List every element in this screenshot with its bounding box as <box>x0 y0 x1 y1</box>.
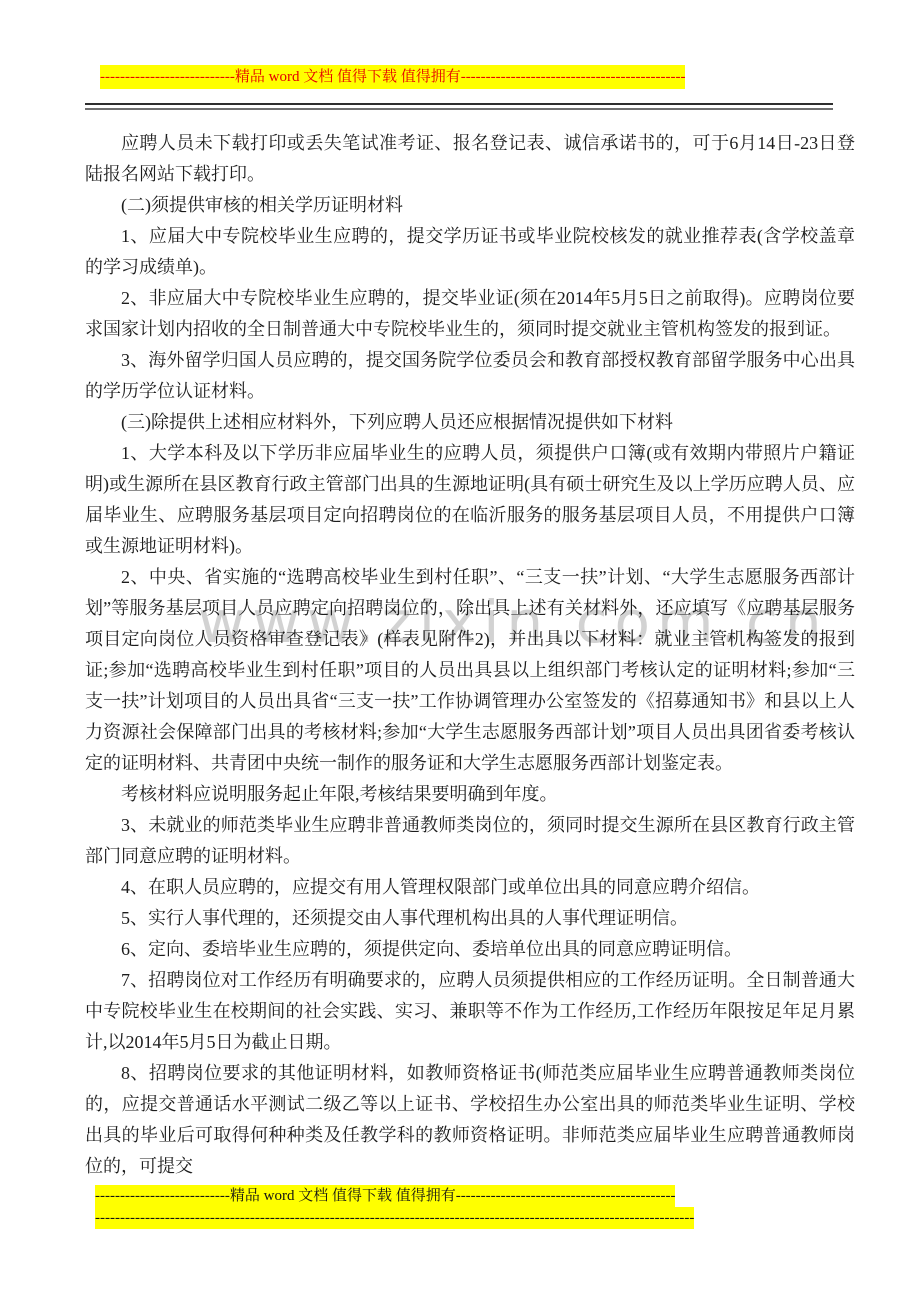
paragraph: 1、应届大中专院校毕业生应聘的，提交学历证书或毕业院校核发的就业推荐表(含学校盖… <box>85 221 855 283</box>
paragraph: 考核材料应说明服务起止年限,考核结果要明确到年度。 <box>85 779 855 810</box>
paragraph: 应聘人员未下载打印或丢失笔试准考证、报名登记表、诚信承诺书的，可于6月14日-2… <box>85 128 855 190</box>
footer-banner-line1: ---------------------------精品 word 文档 值得… <box>95 1185 675 1207</box>
footer-highlight-banner: ---------------------------精品 word 文档 值得… <box>95 1185 694 1229</box>
paragraph: 7、招聘岗位对工作经历有明确要求的，应聘人员须提供相应的工作经历证明。全日制普通… <box>85 965 855 1058</box>
document-page: ---------------------------精品 word 文档 值得… <box>0 0 920 1302</box>
footer-banner-line2: ----------------------------------------… <box>95 1207 694 1229</box>
paragraph: (三)除提供上述相应材料外，下列应聘人员还应根据情况提供如下材料 <box>85 407 855 438</box>
paragraph: 8、招聘岗位要求的其他证明材料，如教师资格证书(师范类应届毕业生应聘普通教师类岗… <box>85 1058 855 1182</box>
paragraph: 6、定向、委培毕业生应聘的，须提供定向、委培单位出具的同意应聘证明信。 <box>85 934 855 965</box>
paragraph: 4、在职人员应聘的，应提交有用人管理权限部门或单位出具的同意应聘介绍信。 <box>85 872 855 903</box>
document-body: 应聘人员未下载打印或丢失笔试准考证、报名登记表、诚信承诺书的，可于6月14日-2… <box>85 128 855 1182</box>
header-highlight-banner: ---------------------------精品 word 文档 值得… <box>100 65 685 89</box>
header-divider-rule <box>85 103 833 110</box>
paragraph: 5、实行人事代理的，还须提交由人事代理机构出具的人事代理证明信。 <box>85 903 855 934</box>
paragraph: (二)须提供审核的相关学历证明材料 <box>85 190 855 221</box>
paragraph: 3、未就业的师范类毕业生应聘非普通教师类岗位的，须同时提交生源所在县区教育行政主… <box>85 810 855 872</box>
paragraph: 2、非应届大中专院校毕业生应聘的，提交毕业证(须在2014年5月5日之前取得)。… <box>85 283 855 345</box>
paragraph: 3、海外留学归国人员应聘的，提交国务院学位委员会和教育部授权教育部留学服务中心出… <box>85 345 855 407</box>
paragraph: 2、中央、省实施的“选聘高校毕业生到村任职”、“三支一扶”计划、“大学生志愿服务… <box>85 562 855 779</box>
paragraph: 1、大学本科及以下学历非应届毕业生的应聘人员，须提供户口簿(或有效期内带照片户籍… <box>85 438 855 562</box>
